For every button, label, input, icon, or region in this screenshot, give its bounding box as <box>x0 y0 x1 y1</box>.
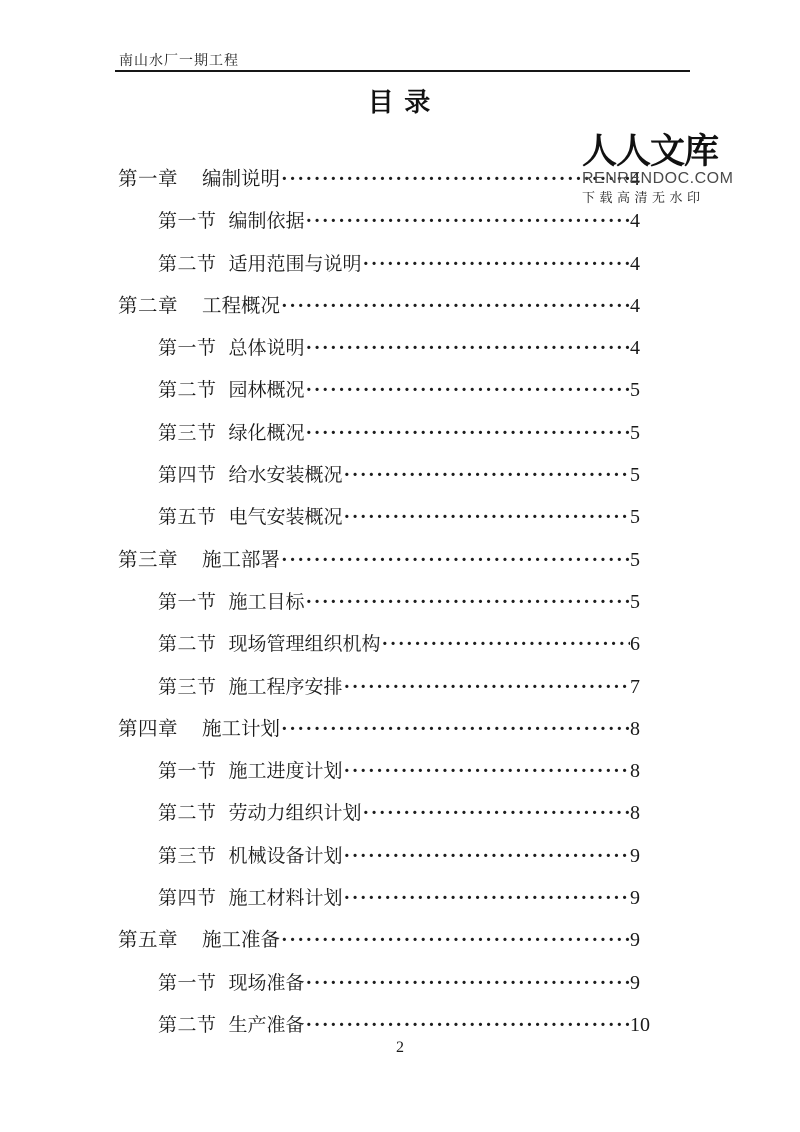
toc-section-entry: 第三节 施工程序安排 ·····························… <box>118 666 650 708</box>
toc-chapter-entry: 第五章 施工准备 ·······························… <box>118 919 650 961</box>
toc-section-entry: 第三节 机械设备计划 ·····························… <box>118 835 650 877</box>
toc-entry-page: 4 <box>630 327 650 369</box>
toc-entry-number: 第二节 <box>158 793 217 835</box>
footer-page-number: 2 <box>0 1039 800 1057</box>
toc-entry-number: 第五章 <box>118 920 178 962</box>
toc-entry-page: 9 <box>630 919 650 961</box>
toc-entry-page: 4 <box>630 285 650 327</box>
toc-section-entry: 第二节 现场管理组织机构 ···························… <box>118 623 650 665</box>
dot-leader: ········································… <box>280 708 630 750</box>
toc-entry-number: 第一节 <box>158 328 217 370</box>
toc-entry-title: 编制说明 <box>202 159 280 201</box>
toc-entry-number: 第四节 <box>158 455 217 497</box>
toc-section-entry: 第一节 施工进度计划 ·····························… <box>118 750 650 792</box>
toc-section-entry: 第二节 适用范围与说明 ····························… <box>118 243 650 285</box>
toc-entry-title: 现场准备 <box>229 963 305 1005</box>
dot-leader: ········································… <box>362 792 630 834</box>
toc-entry-page: 8 <box>630 750 650 792</box>
toc-section-entry: 第一节 总体说明 ·······························… <box>118 327 650 369</box>
dot-leader: ········································… <box>305 200 630 242</box>
toc-entry-page: 5 <box>630 496 650 538</box>
toc-entry-number: 第一节 <box>158 201 217 243</box>
page-title: 目 录 <box>0 82 800 119</box>
toc-entry-number: 第三节 <box>158 836 217 878</box>
header-rule <box>115 70 690 72</box>
toc-entry-page: 7 <box>630 666 650 708</box>
toc-entry-number: 第一节 <box>158 582 217 624</box>
table-of-contents: 第一章 编制说明 ·······························… <box>118 158 650 1046</box>
document-page: 南山水厂一期工程 目 录 第一章 编制说明 ··················… <box>0 0 800 1132</box>
dot-leader: ········································… <box>381 623 630 665</box>
toc-entry-title: 施工程序安排 <box>229 667 343 709</box>
dot-leader: ········································… <box>343 666 630 708</box>
toc-entry-title: 园林概况 <box>229 370 305 412</box>
toc-chapter-entry: 第一章 编制说明 ·······························… <box>118 158 650 200</box>
toc-entry-page: 8 <box>630 708 650 750</box>
toc-entry-page: 4 <box>630 200 650 242</box>
toc-entry-page: 9 <box>630 877 650 919</box>
dot-leader: ········································… <box>343 750 630 792</box>
toc-entry-number: 第二节 <box>158 244 217 286</box>
dot-leader: ········································… <box>343 496 630 538</box>
toc-entry-page: 5 <box>630 369 650 411</box>
toc-entry-title: 劳动力组织计划 <box>229 793 362 835</box>
toc-entry-title: 绿化概况 <box>229 413 305 455</box>
dot-leader: ········································… <box>305 327 630 369</box>
dot-leader: ········································… <box>343 454 630 496</box>
dot-leader: ········································… <box>280 539 630 581</box>
toc-entry-page: 6 <box>630 623 650 665</box>
dot-leader: ········································… <box>280 919 630 961</box>
toc-section-entry: 第一节 编制依据 ·······························… <box>118 200 650 242</box>
toc-section-entry: 第二节 园林概况 ·······························… <box>118 369 650 411</box>
toc-entry-page: 4 <box>630 158 650 200</box>
toc-entry-number: 第三章 <box>118 540 178 582</box>
dot-leader: ········································… <box>280 285 630 327</box>
toc-entry-number: 第四节 <box>158 878 217 920</box>
toc-entry-page: 5 <box>630 454 650 496</box>
toc-entry-number: 第二章 <box>118 286 178 328</box>
toc-section-entry: 第五节 电气安装概况 ·····························… <box>118 496 650 538</box>
toc-entry-title: 现场管理组织机构 <box>229 624 381 666</box>
toc-entry-title: 给水安装概况 <box>229 455 343 497</box>
toc-entry-title: 总体说明 <box>229 328 305 370</box>
toc-section-entry: 第三节 绿化概况 ·······························… <box>118 412 650 454</box>
toc-entry-number: 第一节 <box>158 751 217 793</box>
toc-entry-page: 9 <box>630 835 650 877</box>
dot-leader: ········································… <box>280 158 630 200</box>
toc-entry-number: 第一节 <box>158 963 217 1005</box>
toc-entry-title: 编制依据 <box>229 201 305 243</box>
dot-leader: ········································… <box>305 581 630 623</box>
toc-entry-title: 适用范围与说明 <box>229 244 362 286</box>
toc-entry-page: 4 <box>630 243 650 285</box>
toc-entry-title: 电气安装概况 <box>229 497 343 539</box>
toc-entry-number: 第五节 <box>158 497 217 539</box>
toc-entry-title: 施工计划 <box>202 709 280 751</box>
dot-leader: ········································… <box>305 369 630 411</box>
toc-entry-title: 机械设备计划 <box>229 836 343 878</box>
toc-chapter-entry: 第二章 工程概况 ·······························… <box>118 285 650 327</box>
dot-leader: ········································… <box>343 835 630 877</box>
toc-section-entry: 第四节 给水安装概况 ·····························… <box>118 454 650 496</box>
toc-chapter-entry: 第三章 施工部署 ·······························… <box>118 539 650 581</box>
dot-leader: ········································… <box>362 243 630 285</box>
dot-leader: ········································… <box>343 877 630 919</box>
toc-entry-title: 工程概况 <box>202 286 280 328</box>
toc-section-entry: 第一节 施工目标 ·······························… <box>118 581 650 623</box>
toc-entry-page: 8 <box>630 792 650 834</box>
toc-entry-title: 施工进度计划 <box>229 751 343 793</box>
toc-entry-title: 施工目标 <box>229 582 305 624</box>
running-header: 南山水厂一期工程 <box>119 50 239 70</box>
toc-entry-number: 第二节 <box>158 624 217 666</box>
dot-leader: ········································… <box>305 412 630 454</box>
toc-entry-page: 9 <box>630 962 650 1004</box>
toc-section-entry: 第二节 劳动力组织计划 ····························… <box>118 792 650 834</box>
toc-entry-number: 第四章 <box>118 709 178 751</box>
dot-leader: ········································… <box>305 962 630 1004</box>
toc-entry-page: 5 <box>630 539 650 581</box>
toc-section-entry: 第一节 现场准备 ·······························… <box>118 962 650 1004</box>
toc-entry-number: 第二节 <box>158 370 217 412</box>
toc-entry-title: 施工材料计划 <box>229 878 343 920</box>
toc-chapter-entry: 第四章 施工计划 ·······························… <box>118 708 650 750</box>
toc-entry-number: 第一章 <box>118 159 178 201</box>
toc-entry-page: 5 <box>630 412 650 454</box>
toc-entry-page: 5 <box>630 581 650 623</box>
toc-entry-title: 施工部署 <box>202 540 280 582</box>
toc-section-entry: 第四节 施工材料计划 ·····························… <box>118 877 650 919</box>
toc-entry-title: 施工准备 <box>202 920 280 962</box>
toc-entry-number: 第三节 <box>158 413 217 455</box>
toc-entry-number: 第三节 <box>158 667 217 709</box>
